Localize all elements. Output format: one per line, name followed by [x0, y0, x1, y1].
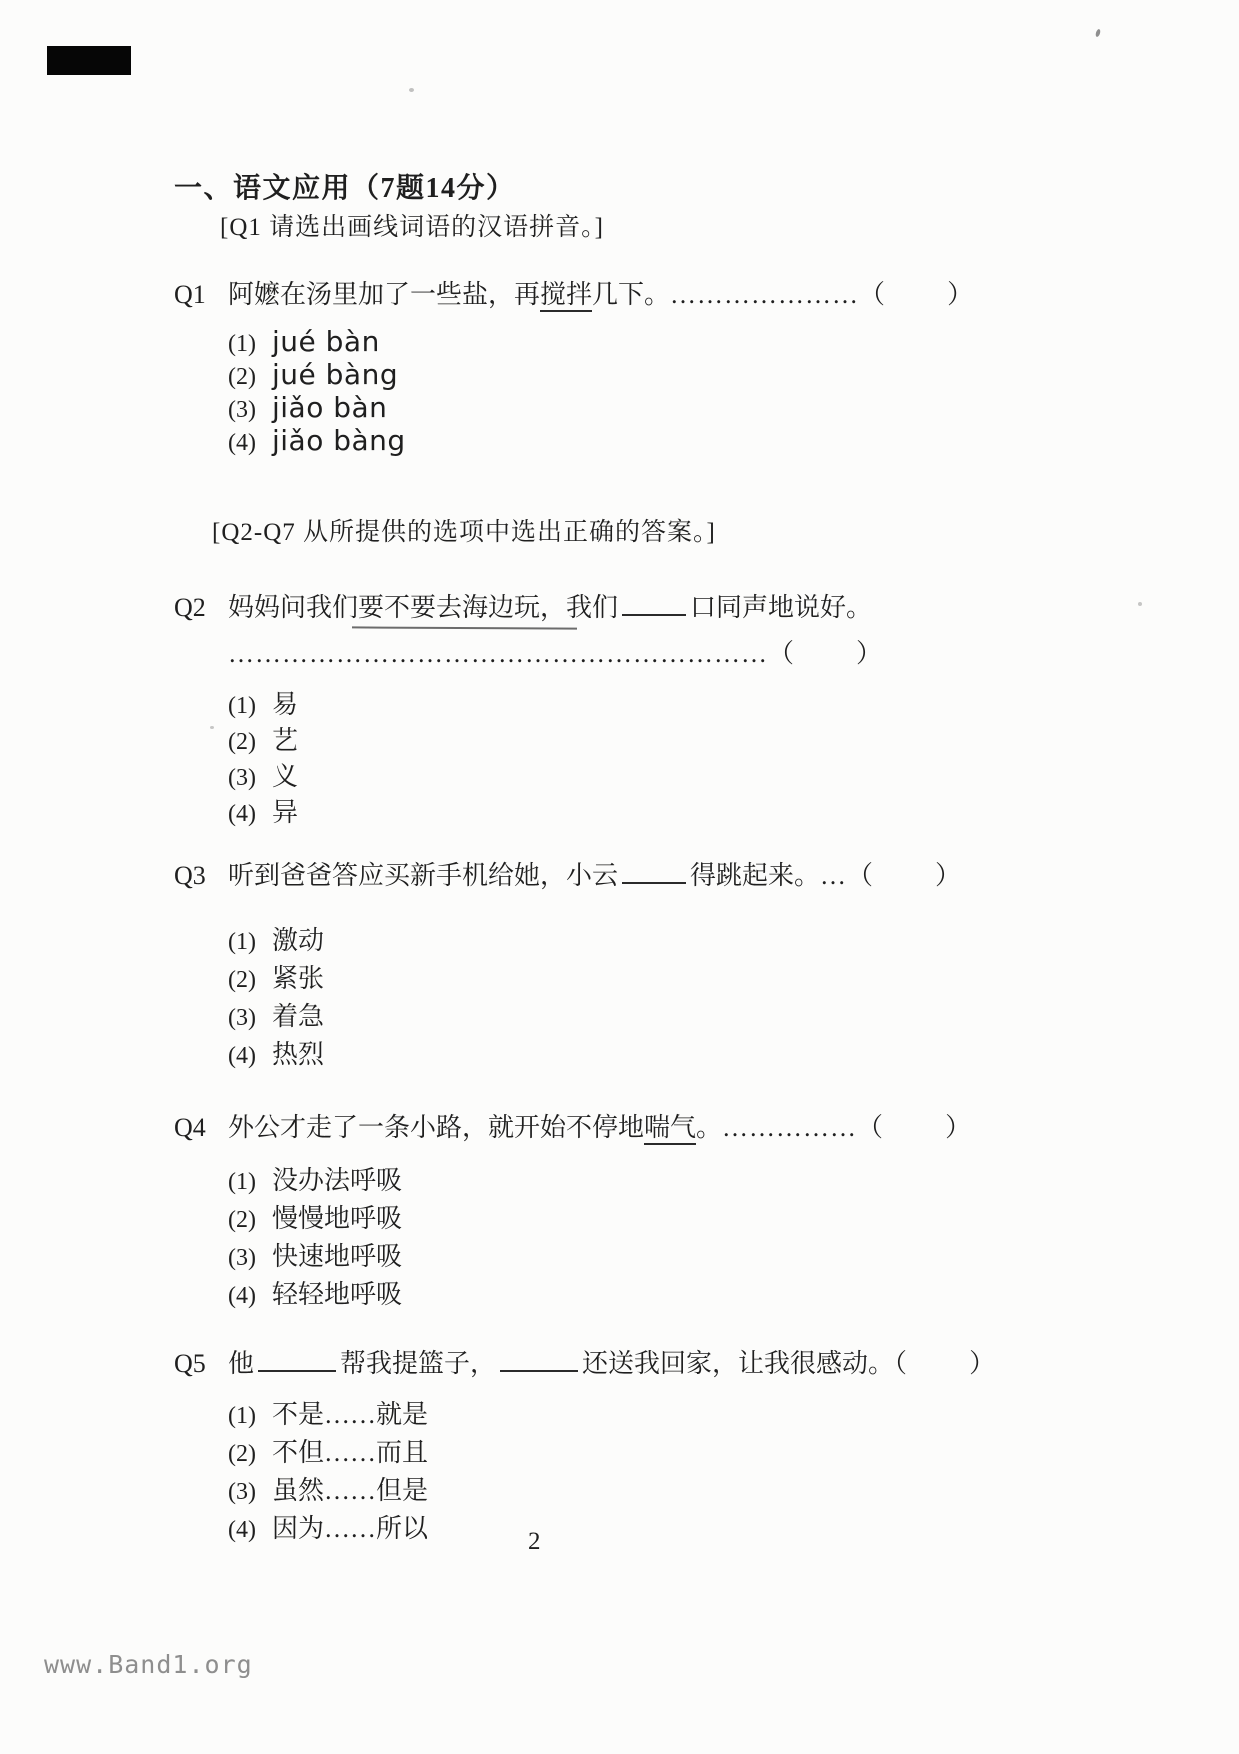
option-number: (3) [228, 765, 272, 792]
option-text: 着急 [272, 996, 324, 1033]
question-text: 外公才走了一条小路，就开始不停地喘气。……………（） [228, 1110, 1084, 1146]
option-row: (1) 激动 [228, 920, 1084, 958]
exam-page: 一、语文应用（7题14分） [Q1 请选出画线词语的汉语拼音。] Q1 阿嬷在汤… [0, 0, 1239, 1754]
scan-speck [1138, 602, 1142, 606]
question-label: Q5 [174, 1346, 228, 1382]
answer-paren-open: （ [857, 1113, 883, 1142]
options-list: (1) 没办法呼吸 (2) 慢慢地呼吸 (3) 快速地呼吸 (4) 轻轻地呼吸 [228, 1160, 1084, 1312]
option-text: 虽然……但是 [272, 1470, 428, 1507]
q2-q7-instruction-note: [Q2-Q7 从所提供的选项中选出正确的答案。] [212, 512, 716, 548]
option-number: (4) [228, 1043, 272, 1070]
question-text-pre: 外公才走了一条小路，就开始不停地 [228, 1113, 644, 1142]
option-number: (1) [228, 331, 272, 358]
answer-paren-close: ） [947, 280, 973, 309]
question-line: Q5 他帮我提篮子，还送我回家，让我很感动。（） [174, 1346, 1084, 1382]
question-label: Q4 [174, 1110, 228, 1146]
dotted-leader: …………… [722, 1113, 857, 1142]
option-number: (2) [228, 1207, 272, 1234]
answer-paren-close: ） [935, 861, 961, 890]
option-row: (4) 热烈 [228, 1034, 1084, 1072]
question-block-q1: Q1 阿嬷在汤里加了一些盐，再搅拌几下。…………………（） (1) jué bà… [174, 277, 1084, 457]
option-row: (3) jiǎo bàn [228, 391, 1084, 424]
option-number: (3) [228, 1005, 272, 1032]
section-title: 一、语文应用（7题14分） [174, 166, 516, 206]
option-text: 义 [272, 756, 298, 793]
option-text: jué bàn [272, 325, 380, 358]
question-text-post: 还送我回家，让我很感动。 [582, 1349, 894, 1378]
option-text: 因为……所以 [272, 1508, 428, 1545]
blank-line [500, 1370, 578, 1372]
question-text-post: 得跳起来。 [690, 861, 820, 890]
option-number: (4) [228, 1283, 272, 1310]
question-text: 听到爸爸答应买新手机给她，小云得跳起来。…（） [228, 858, 1084, 894]
option-number: (3) [228, 397, 272, 424]
question-text: 他帮我提篮子，还送我回家，让我很感动。（） [228, 1346, 1084, 1382]
option-number: (4) [228, 801, 272, 828]
dotted-leader: … [820, 861, 847, 890]
question-label: Q3 [174, 858, 228, 894]
option-row: (3) 虽然……但是 [228, 1470, 1084, 1508]
question-line: Q2 妈妈问我们要不要去海边玩，我们口同声地说好。 ……………………………………… [174, 590, 1084, 672]
option-number: (2) [228, 729, 272, 756]
option-row: (2) 慢慢地呼吸 [228, 1198, 1084, 1236]
option-number: (2) [228, 967, 272, 994]
redaction-box [47, 46, 131, 75]
blank-line [622, 882, 686, 884]
option-text: jiǎo bàn [272, 391, 387, 424]
question-text-mid: 帮我提篮子， [340, 1349, 496, 1378]
scan-speck [1095, 29, 1101, 38]
dotted-leader-line: ……………………………………………………（） [228, 636, 1084, 672]
question-line: Q1 阿嬷在汤里加了一些盐，再搅拌几下。…………………（） [174, 277, 1084, 313]
option-row: (3) 快速地呼吸 [228, 1236, 1084, 1274]
option-row: (1) jué bàn [228, 325, 1084, 358]
option-number: (1) [228, 693, 272, 720]
question-text: 妈妈问我们要不要去海边玩，我们口同声地说好。 ……………………………………………… [228, 590, 1084, 672]
option-text: 激动 [272, 920, 324, 957]
question-text-post: 几下。 [592, 280, 670, 309]
option-text: jué bàng [272, 358, 398, 391]
option-row: (1) 不是……就是 [228, 1394, 1084, 1432]
option-row: (4) 异 [228, 792, 1084, 828]
blank-line [622, 614, 686, 616]
option-row: (4) 因为……所以 [228, 1508, 1084, 1546]
option-row: (2) 不但……而且 [228, 1432, 1084, 1470]
answer-paren-open: （ [894, 1349, 907, 1378]
option-row: (1) 易 [228, 684, 1084, 720]
option-row: (1) 没办法呼吸 [228, 1160, 1084, 1198]
question-label: Q2 [174, 590, 228, 672]
options-list: (1) 易 (2) 艺 (3) 义 (4) 异 [228, 684, 1084, 828]
option-text: 紧张 [272, 958, 324, 995]
option-row: (2) jué bàng [228, 358, 1084, 391]
question-text-post: 口同声地说好。 [690, 593, 872, 622]
question-text-post: 。 [696, 1113, 722, 1142]
option-number: (3) [228, 1479, 272, 1506]
option-text: 热烈 [272, 1034, 324, 1071]
option-text: 易 [272, 684, 298, 721]
option-text: 异 [272, 792, 298, 829]
options-list: (1) 不是……就是 (2) 不但……而且 (3) 虽然……但是 (4) 因为…… [228, 1394, 1084, 1546]
option-number: (2) [228, 364, 272, 391]
option-number: (1) [228, 1403, 272, 1430]
scan-speck [409, 88, 414, 92]
question-line: Q3 听到爸爸答应买新手机给她，小云得跳起来。…（） [174, 858, 1084, 894]
options-list: (1) jué bàn (2) jué bàng (3) jiǎo bàn (4… [228, 325, 1084, 457]
answer-paren-open: （ [768, 639, 794, 668]
option-row: (4) jiǎo bàng [228, 424, 1084, 457]
option-text: jiǎo bàng [272, 424, 406, 457]
answer-paren-close: ） [945, 1113, 971, 1142]
underlined-word: 喘气 [644, 1113, 696, 1145]
answer-paren-close: ） [856, 639, 882, 668]
question-block-q4: Q4 外公才走了一条小路，就开始不停地喘气。……………（） (1) 没办法呼吸 … [174, 1110, 1084, 1312]
option-number: (1) [228, 929, 272, 956]
underlined-word: 搅拌 [540, 280, 592, 312]
option-row: (2) 艺 [228, 720, 1084, 756]
question-block-q5: Q5 他帮我提篮子，还送我回家，让我很感动。（） (1) 不是……就是 (2) … [174, 1346, 1084, 1546]
option-text: 不是……就是 [272, 1394, 428, 1431]
blank-line [258, 1370, 336, 1372]
option-number: (4) [228, 430, 272, 457]
option-row: (3) 义 [228, 756, 1084, 792]
option-text: 没办法呼吸 [272, 1160, 402, 1197]
watermark-url: www.Band1.org [44, 1650, 253, 1679]
question-text-pre: 听到爸爸答应买新手机给她，小云 [228, 861, 618, 890]
answer-paren-open: （ [847, 861, 873, 890]
q1-instruction-note: [Q1 请选出画线词语的汉语拼音。] [220, 207, 604, 243]
question-text-pre: 他 [228, 1349, 254, 1378]
option-text: 快速地呼吸 [272, 1236, 402, 1273]
question-block-q2: Q2 妈妈问我们要不要去海边玩，我们口同声地说好。 ……………………………………… [174, 590, 1084, 828]
answer-paren-open: （ [859, 280, 885, 309]
option-number: (2) [228, 1441, 272, 1468]
dotted-leader: ………………… [670, 280, 859, 309]
option-row: (2) 紧张 [228, 958, 1084, 996]
option-text: 不但……而且 [272, 1432, 428, 1469]
page-number: 2 [528, 1528, 541, 1556]
answer-paren-close: ） [969, 1349, 995, 1378]
option-text: 慢慢地呼吸 [272, 1198, 402, 1235]
question-text: 阿嬷在汤里加了一些盐，再搅拌几下。…………………（） [228, 277, 1084, 313]
question-label: Q1 [174, 277, 228, 313]
option-text: 艺 [272, 720, 298, 757]
question-text-pre: 妈妈问我们要不要去海边玩，我们 [228, 593, 618, 622]
question-block-q3: Q3 听到爸爸答应买新手机给她，小云得跳起来。…（） (1) 激动 (2) 紧张… [174, 858, 1084, 1072]
option-text: 轻轻地呼吸 [272, 1274, 402, 1311]
question-line: Q4 外公才走了一条小路，就开始不停地喘气。……………（） [174, 1110, 1084, 1146]
option-row: (4) 轻轻地呼吸 [228, 1274, 1084, 1312]
dotted-leader: …………………………………………………… [228, 639, 768, 668]
option-number: (1) [228, 1169, 272, 1196]
scan-speck [210, 726, 214, 729]
option-row: (3) 着急 [228, 996, 1084, 1034]
question-text-pre: 阿嬷在汤里加了一些盐，再 [228, 280, 540, 309]
options-list: (1) 激动 (2) 紧张 (3) 着急 (4) 热烈 [228, 920, 1084, 1072]
option-number: (3) [228, 1245, 272, 1272]
option-number: (4) [228, 1517, 272, 1544]
